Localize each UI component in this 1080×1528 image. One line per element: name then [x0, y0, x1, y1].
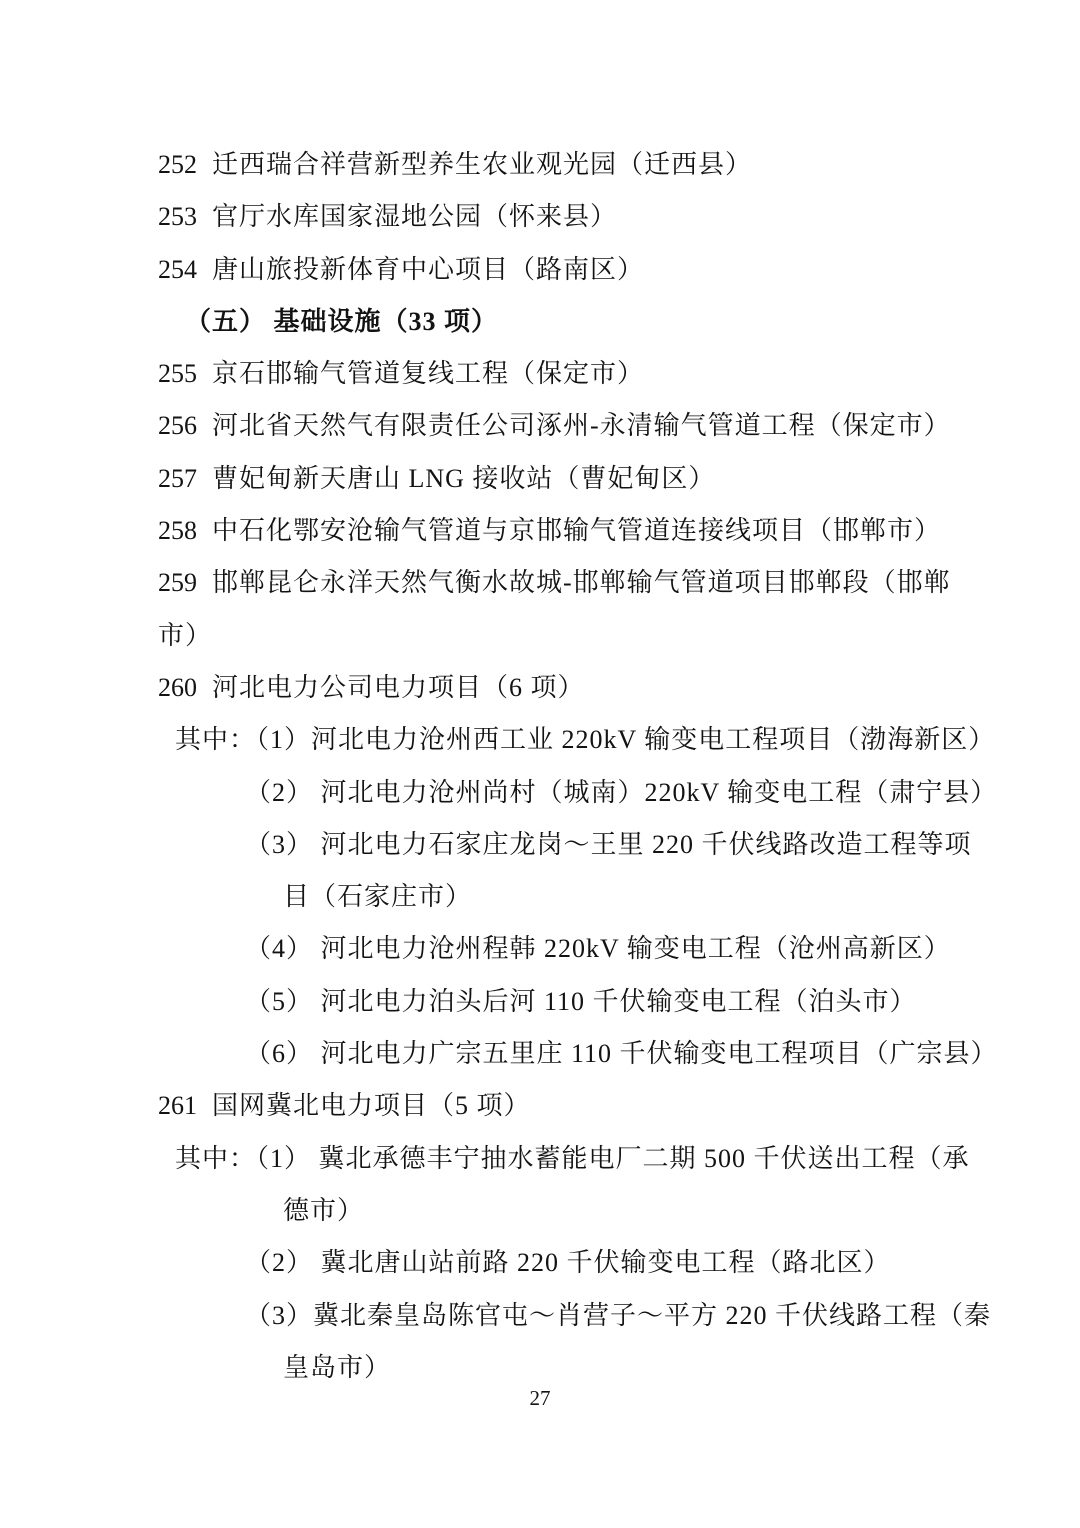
item-text: 河北省天然气有限责任公司涿州-永清输气管道工程（保定市） [212, 411, 951, 440]
item-text: 京石邯输气管道复线工程（保定市） [212, 359, 644, 388]
item-number: 252 [158, 139, 212, 191]
item-259-continuation: 市） [0, 610, 1080, 662]
sub-item-text: （4） 河北电力沧州程韩 220kV 输变电工程（沧州高新区） [245, 934, 951, 963]
section-heading-infrastructure: （五） 基础设施（33 项） [0, 296, 1080, 348]
sub-item-260-5: （5） 河北电力泊头后河 110 千伏输变电工程（泊头市） [0, 976, 1080, 1028]
item-255: 255京石邯输气管道复线工程（保定市） [0, 348, 1080, 400]
sub-item-text: （5） 河北电力泊头后河 110 千伏输变电工程（泊头市） [245, 987, 917, 1016]
sub-item-text: 皇岛市） [283, 1353, 391, 1382]
document-body: 252迁西瑞合祥营新型养生农业观光园（迁西县） 253官厅水库国家湿地公园（怀来… [0, 0, 1080, 1394]
item-text: 邯郸昆仑永洋天然气衡水故城-邯郸输气管道项目邯郸段（邯郸 [212, 568, 951, 597]
item-257: 257曹妃甸新天唐山 LNG 接收站（曹妃甸区） [0, 453, 1080, 505]
item-number: 254 [158, 244, 212, 296]
sub-item-text: （3）冀北秦皇岛陈官屯～肖营子～平方 220 千伏线路工程（秦 [245, 1301, 991, 1330]
sub-item-260-3-continuation: 目（石家庄市） [0, 871, 1080, 923]
sub-item-text: 其中：（1）河北电力沧州西工业 220kV 输变电工程项目（渤海新区） [175, 725, 995, 754]
item-text: 官厅水库国家湿地公园（怀来县） [212, 202, 617, 231]
item-text: 国网冀北电力项目（5 项） [212, 1091, 531, 1120]
sub-item-text: （2） 河北电力沧州尚村（城南）220kV 输变电工程（肃宁县） [245, 778, 997, 807]
sub-item-text: （3） 河北电力石家庄龙岗～王里 220 千伏线路改造工程等项 [245, 830, 972, 859]
sub-item-260-2: （2） 河北电力沧州尚村（城南）220kV 输变电工程（肃宁县） [0, 767, 1080, 819]
item-number: 255 [158, 348, 212, 400]
item-261: 261国网冀北电力项目（5 项） [0, 1080, 1080, 1132]
sub-item-260-3: （3） 河北电力石家庄龙岗～王里 220 千伏线路改造工程等项 [0, 819, 1080, 871]
item-number: 258 [158, 505, 212, 557]
item-number: 257 [158, 453, 212, 505]
sub-item-text: 德市） [283, 1196, 364, 1225]
sub-item-261-3: （3）冀北秦皇岛陈官屯～肖营子～平方 220 千伏线路工程（秦 [0, 1290, 1080, 1342]
sub-item-text: 其中：（1） 冀北承德丰宁抽水蓄能电厂二期 500 千伏送出工程（承 [175, 1144, 970, 1173]
item-253: 253官厅水库国家湿地公园（怀来县） [0, 191, 1080, 243]
item-258: 258中石化鄂安沧输气管道与京邯输气管道连接线项目（邯郸市） [0, 505, 1080, 557]
item-text: 河北电力公司电力项目（6 项） [212, 673, 585, 702]
page-number: 27 [0, 1386, 1080, 1411]
item-number: 260 [158, 662, 212, 714]
item-254: 254唐山旅投新体育中心项目（路南区） [0, 244, 1080, 296]
sub-item-text: （2） 冀北唐山站前路 220 千伏输变电工程（路北区） [245, 1248, 891, 1277]
sub-item-260-1: 其中：（1）河北电力沧州西工业 220kV 输变电工程项目（渤海新区） [0, 714, 1080, 766]
item-259: 259邯郸昆仑永洋天然气衡水故城-邯郸输气管道项目邯郸段（邯郸 [0, 557, 1080, 609]
item-text: 市） [158, 621, 212, 650]
sub-item-261-1: 其中：（1） 冀北承德丰宁抽水蓄能电厂二期 500 千伏送出工程（承 [0, 1133, 1080, 1185]
item-text: 中石化鄂安沧输气管道与京邯输气管道连接线项目（邯郸市） [212, 516, 941, 545]
item-text: 唐山旅投新体育中心项目（路南区） [212, 255, 644, 284]
section-heading-text: （五） 基础设施（33 项） [185, 307, 498, 336]
item-256: 256河北省天然气有限责任公司涿州-永清输气管道工程（保定市） [0, 400, 1080, 452]
item-text: 迁西瑞合祥营新型养生农业观光园（迁西县） [212, 150, 752, 179]
sub-item-260-6: （6） 河北电力广宗五里庄 110 千伏输变电工程项目（广宗县） [0, 1028, 1080, 1080]
item-text: 曹妃甸新天唐山 LNG 接收站（曹妃甸区） [212, 464, 715, 493]
item-252: 252迁西瑞合祥营新型养生农业观光园（迁西县） [0, 139, 1080, 191]
item-number: 256 [158, 400, 212, 452]
sub-item-261-1-continuation: 德市） [0, 1185, 1080, 1237]
sub-item-text: 目（石家庄市） [283, 882, 472, 911]
item-number: 259 [158, 557, 212, 609]
sub-item-260-4: （4） 河北电力沧州程韩 220kV 输变电工程（沧州高新区） [0, 923, 1080, 975]
sub-item-261-2: （2） 冀北唐山站前路 220 千伏输变电工程（路北区） [0, 1237, 1080, 1289]
item-number: 253 [158, 191, 212, 243]
sub-item-text: （6） 河北电力广宗五里庄 110 千伏输变电工程项目（广宗县） [245, 1039, 998, 1068]
item-number: 261 [158, 1080, 212, 1132]
document-page: 252迁西瑞合祥营新型养生农业观光园（迁西县） 253官厅水库国家湿地公园（怀来… [0, 0, 1080, 1528]
item-260: 260河北电力公司电力项目（6 项） [0, 662, 1080, 714]
